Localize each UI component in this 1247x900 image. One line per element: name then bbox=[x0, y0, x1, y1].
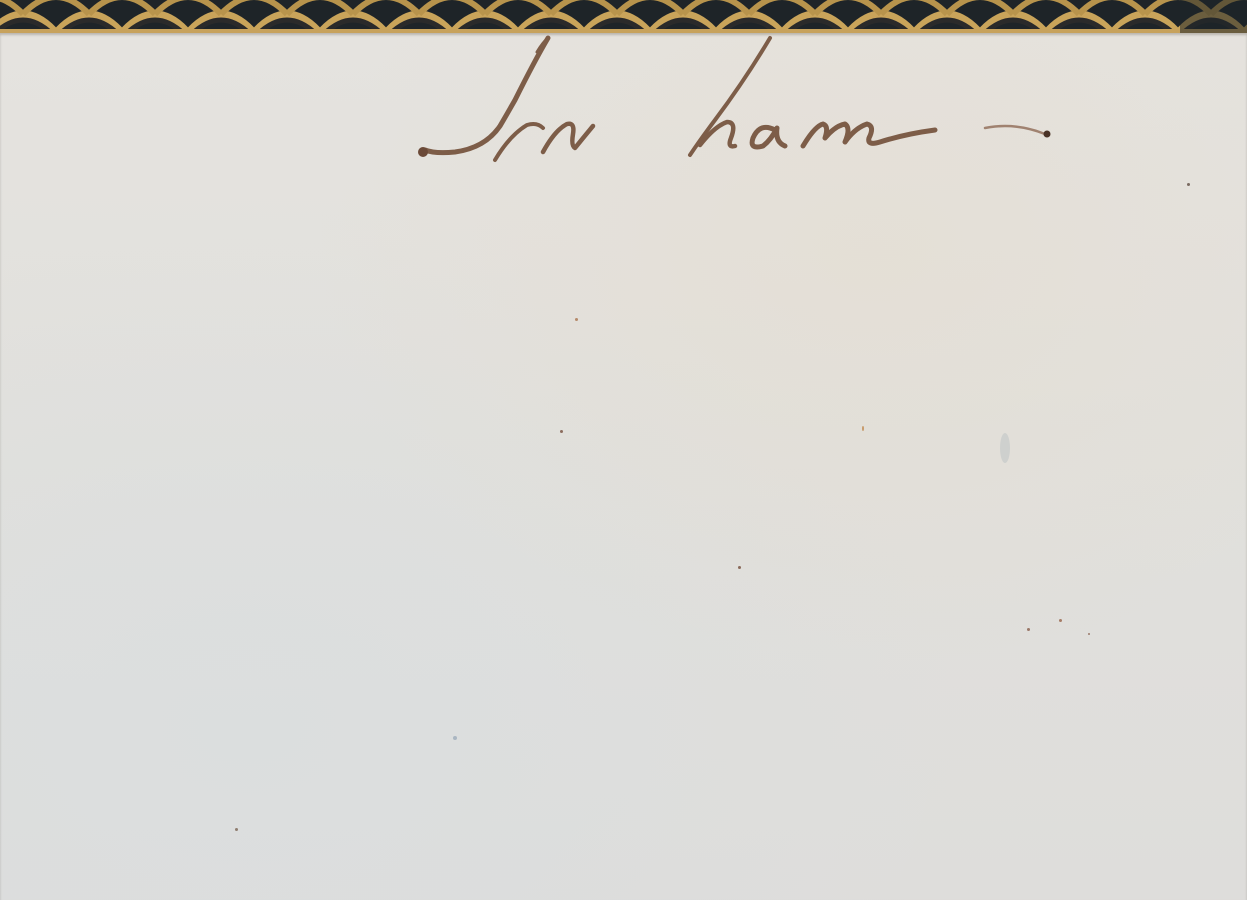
paper-speck bbox=[575, 318, 578, 321]
paper-speck bbox=[235, 828, 238, 831]
paper-speck bbox=[1027, 628, 1030, 631]
paper-speck bbox=[738, 566, 741, 569]
handwritten-signature: Irnham bbox=[415, 30, 1055, 170]
paper-speck bbox=[1059, 619, 1062, 622]
paper-speck bbox=[560, 430, 563, 433]
paper-speck bbox=[1187, 183, 1190, 186]
paper-speck bbox=[1088, 633, 1090, 635]
paper-speck bbox=[862, 426, 864, 431]
signature-text: Irnham bbox=[415, 30, 416, 31]
paper-speck bbox=[453, 736, 457, 740]
signature-ink bbox=[415, 30, 1055, 170]
paper-blemish bbox=[1000, 433, 1010, 463]
